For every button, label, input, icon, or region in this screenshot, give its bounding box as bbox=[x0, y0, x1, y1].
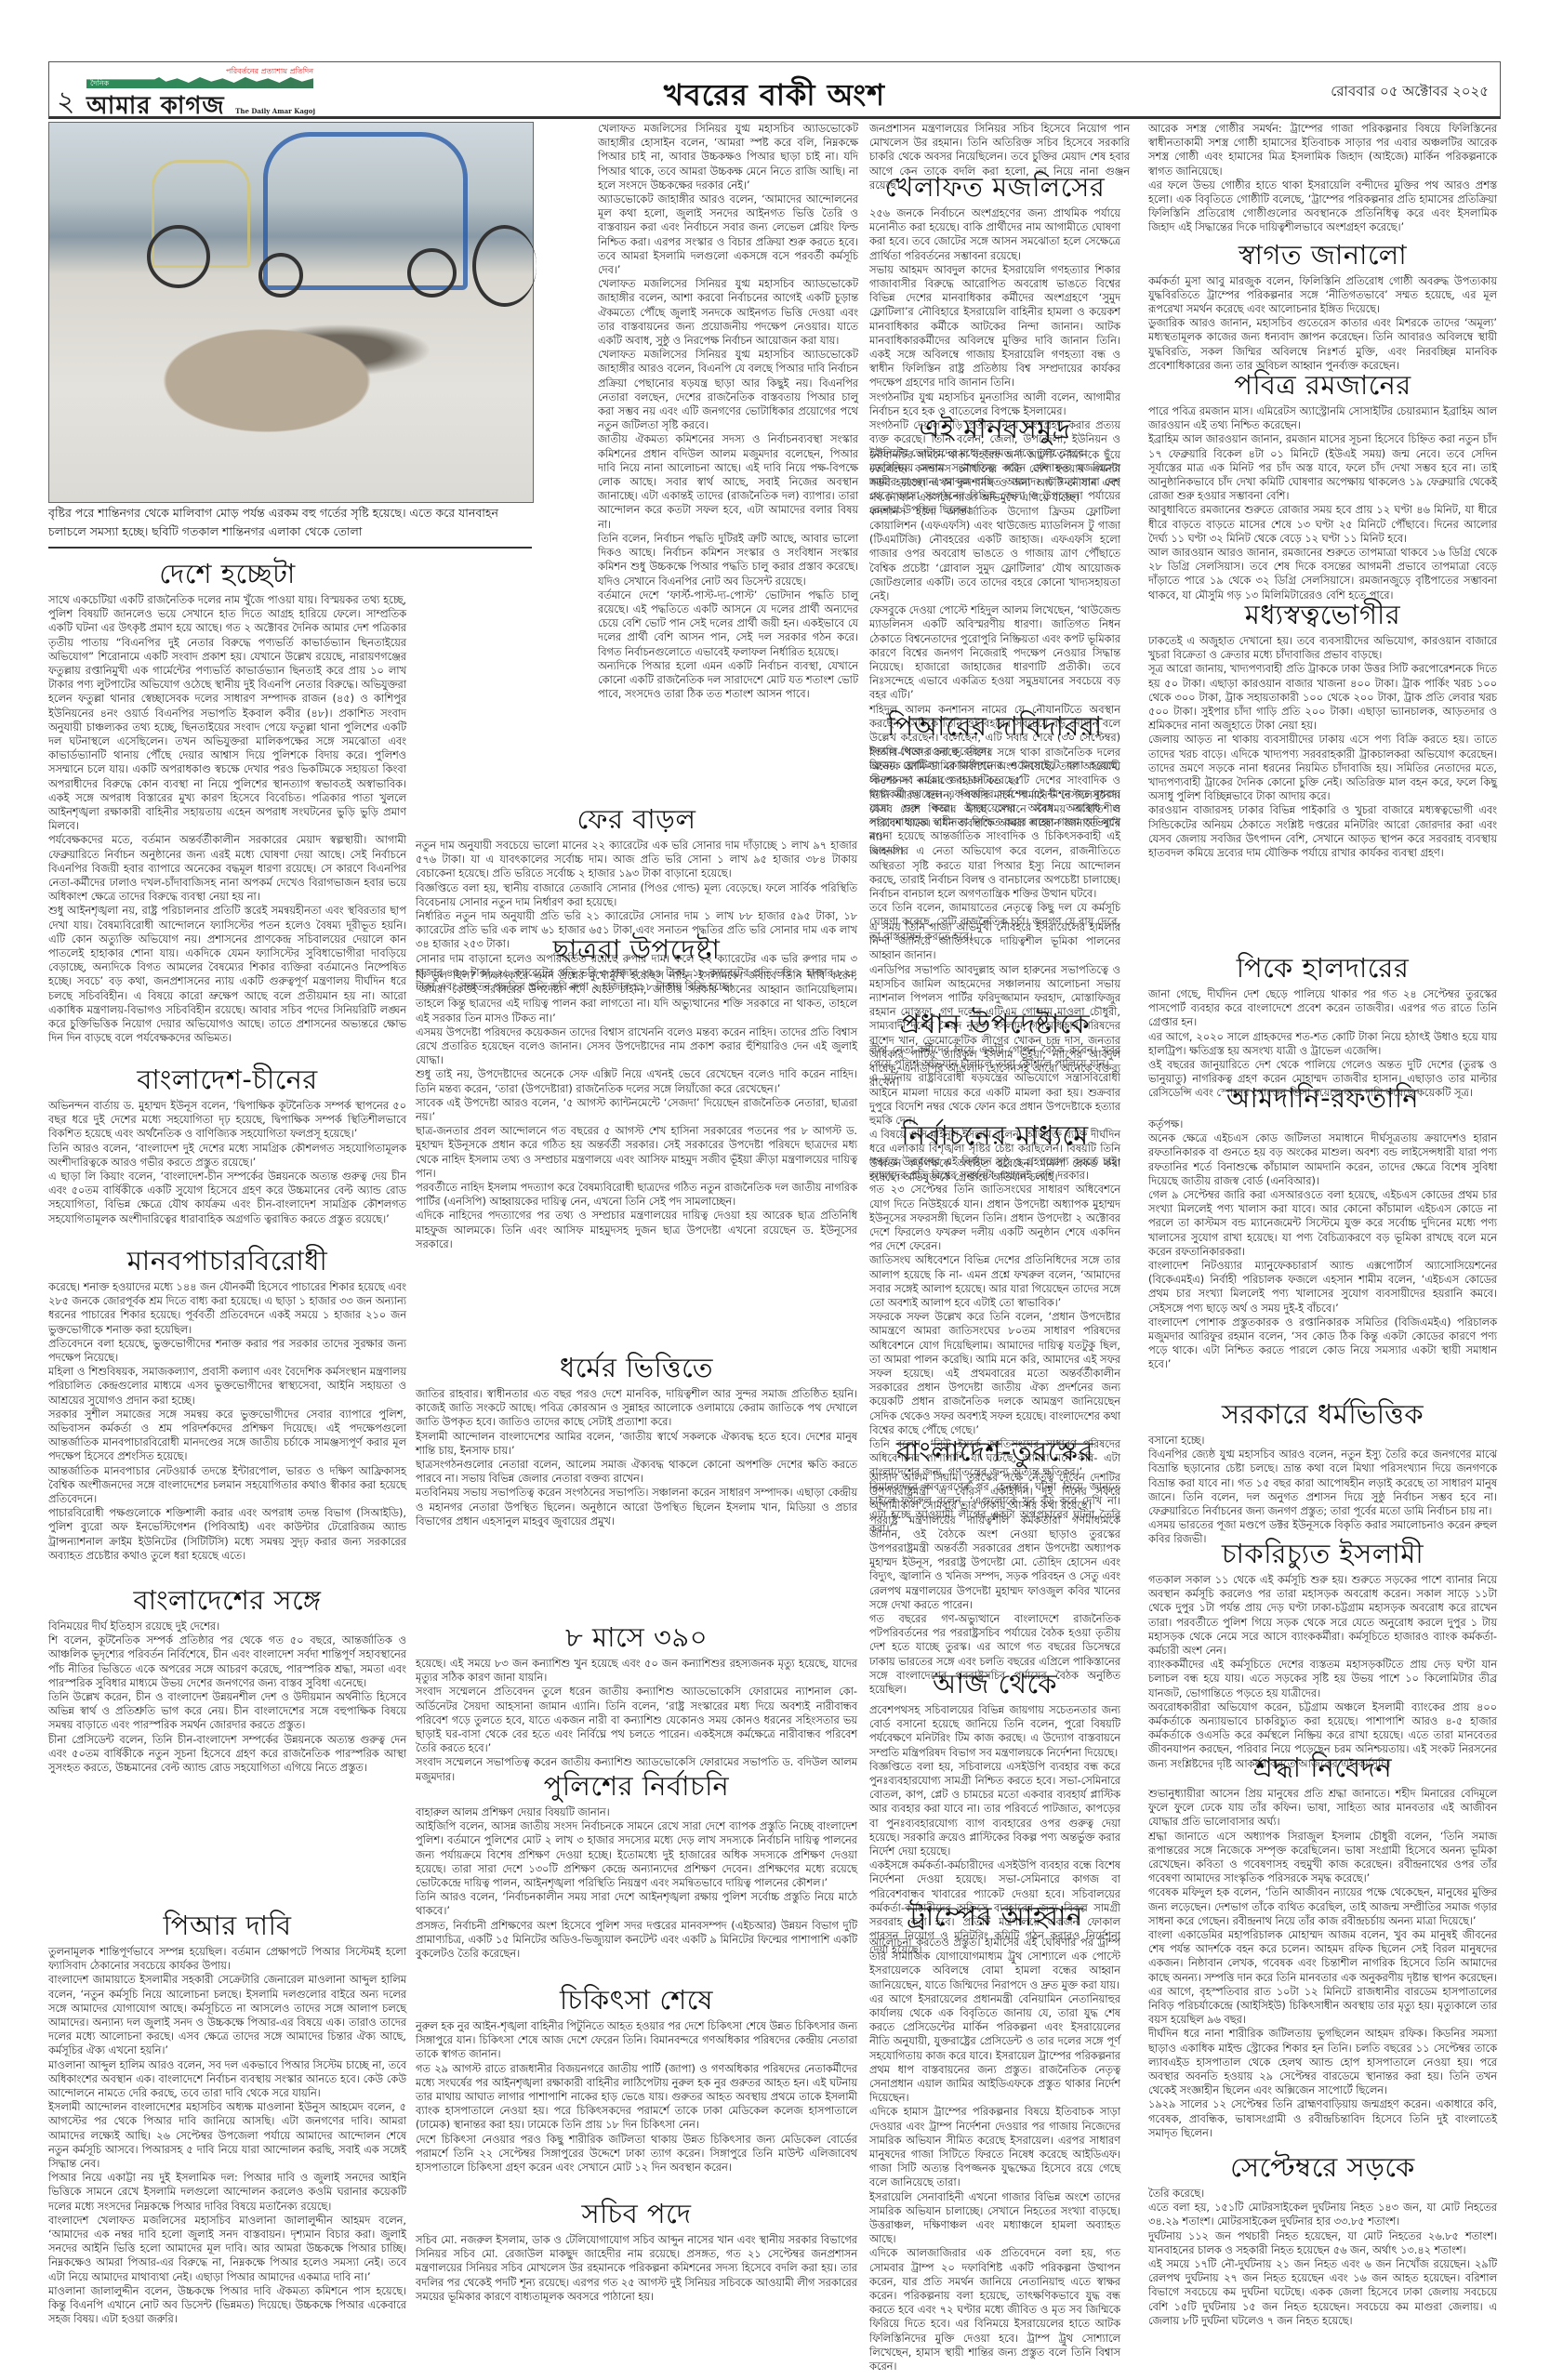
article-paragraph: ১৯২৯ সালের ১২ সেপ্টেম্বর তিনি ব্রাহ্মণবা… bbox=[1148, 2097, 1497, 2140]
article-paragraph: গণতন্ত্র উত্তরণের এই নির্বাচন সুষ্ঠু ও গ… bbox=[869, 1155, 1120, 1183]
article-paragraph: বর্তমানে দেশে ‘ফার্স্ট-পাস্ট-দ্য-পোস্ট’ … bbox=[598, 588, 858, 659]
article-heading[interactable]: বাংলাদেশ-তুরস্কের bbox=[869, 1434, 1120, 1469]
article-paragraph: খেলাফত মজলিসের সিনিয়র যুগ্ম মহাসচিব অ্য… bbox=[598, 277, 858, 348]
article-paragraph: দীর্ঘদিন ধরে নানা শারীরিক জটিলতায় ভুগছি… bbox=[1148, 2027, 1497, 2097]
article-paragraph: বিজ্ঞপ্তিতে বলা হয়, স্থানীয় বাজারে তেজ… bbox=[416, 881, 857, 909]
article-paragraph: বিজ্ঞপ্তিতে বলা হয়, সচিবালয়ে এসইউপি ব্… bbox=[869, 1760, 1120, 1858]
article-paragraph: প্রসঙ্গত, নির্বাচনী প্রশিক্ষণের অংশ হিসে… bbox=[416, 1919, 857, 1962]
article-amdani: আমদানি-রফতানিকর্তৃপক্ষ।অনেক ক্ষেত্রে এইচ… bbox=[1148, 1078, 1497, 1372]
article-paragraph: প্রতিবেদনে বলা হয়েছে, ভুক্তভোগীদের শনাক… bbox=[48, 1337, 406, 1365]
article-heading[interactable]: নির্বাচনের মাধ্যমে bbox=[869, 1117, 1120, 1153]
article-paragraph: জাতিসংঘ অধিবেশনে বিভিন্ন দেশের প্রতিনিধি… bbox=[869, 1253, 1120, 1310]
article-heading[interactable]: পিআরের দাবিদাররা bbox=[869, 708, 1120, 744]
article-paragraph: বাংলাদেশ জামায়াতে ইসলামীর সহকারী সেক্রে… bbox=[48, 1973, 406, 2057]
article-swagoto: আরেক সশস্ত্র গোষ্ঠীর সমর্থন: ট্রাম্পের গ… bbox=[1148, 122, 1497, 373]
news-photo[interactable] bbox=[48, 122, 534, 503]
article-paragraph: ঢাকতেই এ অজুহাত দেখানো হয়। তবে ব্যবসায়… bbox=[1148, 634, 1497, 662]
article-paragraph: জাতির রাহবার। স্বাধীনতার এত বছর পরও দেশে… bbox=[416, 1387, 857, 1430]
article-paragraph: ছাত্রসংগঠনগুলোর নেতারা বলেন, আলেম সমাজ ঐ… bbox=[416, 1458, 857, 1486]
article-paragraph: ছাত্র-জনতার প্রবল আন্দোলনে গত বছরের ৫ আগ… bbox=[416, 1124, 857, 1181]
article-paragraph: ডুজারিক আরও জানান, মহাসচিব গুতেরেস কাতার… bbox=[1148, 316, 1497, 373]
article-september: সেপ্টেম্বরে সড়কেতৈরি করেছে।এতে বলা হয়,… bbox=[1148, 2148, 1497, 2328]
article-romjan: পবিত্র রমজানেরপারে পবিত্র রমজান মাস। এমি… bbox=[1148, 365, 1497, 602]
article-paragraph: দুর্ঘটনায় ১১২ জন পথচারী নিহত হয়েছেন, য… bbox=[1148, 2229, 1497, 2257]
article-paragraph: ব্যাংককর্মীদের এই কর্মসূচিতে দেশের ব্যস্… bbox=[1148, 1658, 1497, 1700]
article-heading[interactable]: মানবপাচারবিরোধী bbox=[48, 1243, 406, 1278]
article-paragraph: করেছে। শনাক্ত হওয়াদের মধ্যে ১৪৪ জন যৌনক… bbox=[48, 1280, 406, 1337]
article-paragraph: বাহারুল আলম প্রশিক্ষণ দেয়ার বিষয়টি জান… bbox=[416, 1805, 857, 1819]
wheel-shape bbox=[407, 248, 457, 297]
article-paragraph: আসাদ আলম সিয়াম। তুরস্কের পক্ষে নেতৃত্ব … bbox=[869, 1471, 1120, 1514]
article-heading[interactable]: বাংলাদেশের সঙ্গে bbox=[48, 1582, 406, 1618]
article-heading[interactable]: চাকরিচ্যুত ইসলামী bbox=[1148, 1536, 1497, 1571]
article-paragraph: সরকার সুশীল সমাজের সঙ্গে সমন্বয় করে ভুক… bbox=[48, 1408, 406, 1464]
wheel-shape bbox=[147, 225, 210, 288]
article-paragraph: কি ভুল ছিল? সাক্ষাৎকারে এমন প্রশ্নের মুখ… bbox=[416, 969, 857, 1025]
article-paragraph: আইজিপি বলেন, আসন্ন জাতীয় সংসদ নির্বাচনক… bbox=[416, 1819, 857, 1890]
article-heading[interactable]: স্বাগত জানালো bbox=[1148, 237, 1497, 272]
article-paragraph: গত ২৩ সেপ্টেম্বর তিনি জাতিসংঘের সাধারণ অ… bbox=[869, 1183, 1120, 1253]
article-paragraph: সাবেক এই উপদেষ্টা আরও বলেন, ‘৫ আগস্ট ক্য… bbox=[416, 1096, 857, 1124]
article-paragraph: কর্তৃপক্ষ। bbox=[1148, 1117, 1497, 1131]
article-paragraph: লীগ নেতা-কর্মীদের নিয়ে একটি গোপন বৈঠক ক… bbox=[869, 1043, 1120, 1071]
article-paragraph: শি বলেন, কূটনৈতিক সম্পর্ক প্রতিষ্ঠার পর … bbox=[48, 1633, 406, 1690]
article-pr-dabidar: পিআরের দাবিদাররাপিআর-পিআর করছে, তাদের সঙ… bbox=[869, 707, 1120, 944]
article-manobpachar: মানবপাচারবিরোধীকরেছে। শনাক্ত হওয়াদের মধ… bbox=[48, 1241, 406, 1563]
article-heading[interactable]: দেশে হচ্ছেটা bbox=[48, 556, 406, 591]
article-police-election: পুলিশের নির্বাচনিবাহারুল আলম প্রশিক্ষণ দ… bbox=[416, 1766, 857, 1961]
article-heading[interactable]: পিআর দাবি bbox=[48, 1908, 406, 1943]
article-paragraph: তিনি আরও বলেন, ‘বাংলাদেশ দুই দেশের মধ্যে… bbox=[48, 1142, 406, 1170]
article-paragraph: অনেক ক্ষেত্রে এইচএস কোড জটিলতা সমাধানে দ… bbox=[1148, 1131, 1497, 1188]
article-paragraph: সাথে একচেটিয়া একটি রাজনৈতিক দলের নাম খু… bbox=[48, 593, 406, 833]
article-paragraph: শুভানুধ্যায়ীরা আসেন প্রিয় মানুষের প্রত… bbox=[1148, 1787, 1497, 1830]
article-paragraph: গবেষক মফিদুল হক বলেন, ‘তিনি আজীবন ন্যায়… bbox=[1148, 1885, 1497, 1928]
article-paragraph: প্রবেশপথসহ সচিবালয়ের বিভিন্ন জায়গায় স… bbox=[869, 1703, 1120, 1760]
article-eight-months: ৮ মাসে ৩৯০হয়েছে। এই সময়ে ৮৩ জন কন্যাশি… bbox=[416, 1618, 857, 1784]
photo-caption: বৃষ্টির পরে শান্তিনগর থেকে মালিবাগ মোড় … bbox=[48, 504, 532, 541]
article-paragraph: নৌযানটির সামনে থাকা বহরের অন্য আটটি নৌযা… bbox=[869, 448, 1120, 505]
article-paragraph: দেশে চিকিৎসা নেওয়ার পরও কিছু শারীরিক জট… bbox=[416, 2133, 857, 2175]
article-paragraph: খেলাফত মজলিসের সিনিয়র যুগ্ম মহাসচিব অ্য… bbox=[598, 122, 858, 192]
section-title: খবরের বাকী অংশ bbox=[49, 72, 1500, 122]
article-paragraph: হয়েছে। এই সময়ে ৮৩ জন কন্যাশিশু খুন হয়… bbox=[416, 1657, 857, 1685]
article-sorkare: সরকারে ধর্মভিত্তিকবসানো হচ্ছে।বিএনপির জ্… bbox=[1148, 1395, 1497, 1547]
article-paragraph: অভিনন্দন বার্তায় ড. মুহাম্মদ ইউনূস বলেন… bbox=[48, 1099, 406, 1142]
article-paragraph: গতকাল সকাল ১১ থেকে এই কর্মসূচি শুরু হয়।… bbox=[1148, 1573, 1497, 1658]
article-paragraph: বাংলাদেশ পোশাক প্রস্তুতকারক ও রপ্তানিকার… bbox=[1148, 1316, 1497, 1372]
article-bd-turkey: বাংলাদেশ-তুরস্কেরআসাদ আলম সিয়াম। তুরস্ক… bbox=[869, 1432, 1120, 1697]
article-heading[interactable]: ফের বাড়ল bbox=[416, 801, 857, 837]
article-paragraph: বাংলা একাডেমির মহাপরিচালক মোহাম্মদ আজম ব… bbox=[1148, 1928, 1497, 1985]
article-paragraph: পিআর নিয়ে একাট্টা নয় দুই ইসলামিক দল: প… bbox=[48, 2171, 406, 2214]
article-paragraph: গেল ৯ সেপ্টেম্বর জারি করা এসআরওতে বলা হয… bbox=[1148, 1188, 1497, 1259]
article-paragraph: পিআর-পিআর করছে, তাদের সঙ্গে থাকা রাজনৈতি… bbox=[869, 746, 1120, 788]
article-paragraph: জানা গেছে, দীর্ঘদিন দেশ ছেড়ে পালিয়ে থা… bbox=[1148, 987, 1497, 1030]
article-paragraph: চীনা প্রেসিডেন্ট বলেন, তিনি চীন-বাংলাদেশ… bbox=[48, 1733, 406, 1776]
article-paragraph: পরবর্তীতে নাহিদ ইসলাম পদত্যাগ করে বৈষম্য… bbox=[416, 1181, 857, 1209]
article-shroddha: শ্রদ্ধা নিবেদনশুভানুধ্যায়ীরা আসেন প্রিয… bbox=[1148, 1748, 1497, 2140]
article-paragraph: শুধু তাই নয়, উপদেষ্টাদের অনেকে সেফ এক্স… bbox=[416, 1067, 857, 1095]
article-heading[interactable]: চিকিৎসা শেষে bbox=[416, 1982, 857, 2017]
article-paragraph: এর আগে, ২০২০ সালে গ্রাহকদের শত-শত কোটি ট… bbox=[1148, 1030, 1497, 1058]
article-paragraph: এর আগে ইসরায়েলের প্রধানমন্ত্রী বেনিয়াম… bbox=[869, 1992, 1120, 2106]
article-paragraph: এর ফলে উভয় গোষ্ঠীর হাতে থাকা ইসরায়েলি … bbox=[1148, 178, 1497, 235]
article-heading[interactable]: প্রধান উপদেষ্টাকে bbox=[869, 1006, 1120, 1041]
article-paragraph: আলোচনা করতেও প্রস্তুত। হামাসের এই ঘোষণার… bbox=[869, 1936, 1120, 1992]
article-heading[interactable]: ট্রাম্পের আহ্বান bbox=[869, 1898, 1120, 1934]
article-paragraph: তিনি আরও বলেন, ‘নির্বাচনকালীন সময় সারা … bbox=[416, 1890, 857, 1918]
article-paragraph: জাতীয় ঐকমত্য কমিশনের সদস্য ও নির্বাচনব্… bbox=[598, 432, 858, 531]
article-paragraph: সংবাদ সম্মেলনে প্রতিবেদন তুলে ধরেন জাতীয… bbox=[416, 1685, 857, 1755]
article-paragraph: বাংলাদেশ নিটওয়্যার ম্যানুফেকচারার্স অ্য… bbox=[1148, 1259, 1497, 1316]
article-dhormer: ধর্মের ভিত্তিতেজাতির রাহবার। স্বাধীনতার … bbox=[416, 1348, 857, 1528]
article-heading[interactable]: পুলিশের নির্বাচনি bbox=[416, 1768, 857, 1804]
article-paragraph: আল জারওয়ান আরও জানান, রমজানের শুরুতে তা… bbox=[1148, 546, 1497, 602]
article-pr-dabi: পিআর দাবিতুলনামূলক শান্তিপূর্ণভাবে সম্পন… bbox=[48, 1906, 406, 2326]
article-paragraph: পারে পবিত্র রমজান মাস। এমিরেটস অ্যাস্ট্র… bbox=[1148, 404, 1497, 432]
article-paragraph: বসানো হচ্ছে। bbox=[1148, 1434, 1497, 1448]
wheel-shape bbox=[472, 225, 537, 307]
article-paragraph: বাংলাদেশ খেলাফত মজলিসের মহাসচিব মাওলানা … bbox=[48, 2214, 406, 2284]
article-paragraph: তিনি বলেন, নির্বাচন পদ্ধতি দুটিরই ত্রুটি… bbox=[598, 532, 858, 588]
article-paragraph: সচিব মো. নজরুল ইসলাম, ডাক ও টেলিযোগাযোগ … bbox=[416, 2233, 857, 2304]
article-paragraph: তুলনামূলক শান্তিপূর্ণভাবে সম্পন্ন হয়েছি… bbox=[48, 1945, 406, 1973]
article-paragraph: ফেসবুকে দেওয়া পোস্টে শহিদুল আলম লিখেছেন… bbox=[869, 603, 1120, 702]
article-paragraph: ইব্রাহিম আল জারওয়ান জানান, রমজান মাসের … bbox=[1148, 432, 1497, 503]
divider bbox=[48, 547, 532, 549]
article-paragraph: শুধু আইনশৃঙ্খলা নয়, রাষ্ট্র পরিচালনার প… bbox=[48, 904, 406, 1045]
article-paragraph: সফরকে সফল উল্লেখ করে তিনি বলেন, ‘প্রধান … bbox=[869, 1310, 1120, 1437]
article-paragraph: এ ছাড়া লি কিয়াং বলেন, ‘বাংলাদেশ-চীন সম… bbox=[48, 1170, 406, 1226]
article-heading[interactable]: ধর্মের ভিত্তিতে bbox=[416, 1350, 857, 1385]
article-paragraph: আবুধাবিতে রমজানের শুরুতে রোজার সময় হবে … bbox=[1148, 503, 1497, 546]
article-paragraph: কর্মকর্তা মুসা আবু মারজুক বলেন, ফিলিস্তি… bbox=[1148, 274, 1497, 317]
article-paragraph: কারওয়ান বাজারসহ ঢাকার বিভিন্ন পাইকারি ও… bbox=[1148, 803, 1497, 860]
article-paragraph: শ্রদ্ধা জানাতে এসে অধ্যাপক সিরাজুল ইসলাম… bbox=[1148, 1830, 1497, 1886]
article-heading[interactable]: এই মানবসমুদ্র bbox=[869, 411, 1120, 446]
article-paragraph: অন্যদিকে পিআর হলো এমন একটি নির্বাচন ব্যব… bbox=[598, 659, 858, 702]
article-paragraph: ইসরায়েলি সেনাবাহিনী এখনো গাজার বিভিন্ন … bbox=[869, 2190, 1120, 2247]
article-sochib: সচিব পদেসচিব মো. নজরুল ইসলাম, ডাক ও টেলি… bbox=[416, 2194, 857, 2304]
article-paragraph: মতবিনিময় সভায় সভাপতিত্ব করেন সংগঠনের স… bbox=[416, 1486, 857, 1528]
article-heading[interactable]: সচিব পদে bbox=[416, 2196, 857, 2231]
article-heading[interactable]: খেলাফত মজলিসের bbox=[869, 169, 1120, 205]
article-trump-ahban: ট্রাম্পের আহ্বানআলোচনা করতেও প্রস্তুত। হ… bbox=[869, 1897, 1120, 2373]
article-paragraph: এদিকে নাহিদের পদত্যাগের পর তথ্য ও সম্প্র… bbox=[416, 1209, 857, 1251]
article-paragraph: এর আগে, বৃহস্পতিবার রাত ১০টা ১২ মিনিটে র… bbox=[1148, 1985, 1497, 2028]
article-paragraph: বিএনপির এ নেতা অভিযোগ করে বলেন, রাজনীতিত… bbox=[869, 844, 1120, 901]
masthead: ২ পরিবর্তনের প্রত্যাশায় প্রতিদিন দৈনিক … bbox=[48, 61, 1501, 119]
article-khelafat-top: খেলাফত মজলিসের সিনিয়র যুগ্ম মহাসচিব অ্য… bbox=[598, 122, 858, 701]
article-paragraph: নুরুল হক নুর আইন-শৃঙ্খলা বাহিনীর পিটুনিত… bbox=[416, 2019, 857, 2062]
article-paragraph: পর্যবেক্ষকদের মতে, বর্তমান অন্তর্বর্তীকা… bbox=[48, 833, 406, 904]
article-paragraph: এদিকে হামাস ট্রাম্পের পরিকল্পনার বিষয়ে … bbox=[869, 2105, 1120, 2189]
article-heading[interactable]: বাংলাদেশ-চীনের bbox=[48, 1062, 406, 1097]
article-paragraph: এ সময় তিনি গাজা অভিমুখী নৌবহরে ইসরায়েল… bbox=[869, 920, 1120, 963]
article-chakrichyuto: চাকরিচ্যুত ইসলামীগতকাল সকাল ১১ থেকে এই ক… bbox=[1148, 1534, 1497, 1771]
article-paragraph: ইসলামী আন্দোলন বাংলাদেশের আমির বলেন, ‘জা… bbox=[416, 1430, 857, 1458]
article-heading[interactable]: ৮ মাসে ৩৯০ bbox=[416, 1620, 857, 1655]
article-paragraph: নতুন দাম অনুযায়ী সবচেয়ে ভালো মানের ২২ … bbox=[416, 839, 857, 881]
article-heading[interactable]: আজ থেকে bbox=[869, 1666, 1120, 1701]
article-paragraph: পাচারবিরোধী পক্ষগুলোকে শক্তিশালী করার এব… bbox=[48, 1506, 406, 1563]
article-heading[interactable]: সেপ্টেম্বরে সড়কে bbox=[1148, 2149, 1497, 2185]
article-heading[interactable]: শ্রদ্ধা নিবেদন bbox=[1148, 1750, 1497, 1785]
article-paragraph: গত ২৯ আগস্ট রাতে রাজধানীর বিজয়নগরে জাতী… bbox=[416, 2062, 857, 2133]
article-paragraph: সভায় আহমদ আবদুল কাদের ইসরায়েলি গণহত্যা… bbox=[869, 263, 1120, 390]
article-heading[interactable]: পিকে হালদারের bbox=[1148, 950, 1497, 985]
article-paragraph: জেলায় আড়ত না থাকায় ব্যবসায়ীদের ঢাকায… bbox=[1148, 733, 1497, 803]
article-paragraph: বিনিময়ের দীর্ঘ ইতিহাস রয়েছে দুই দেশের। bbox=[48, 1620, 406, 1633]
article-paragraph: আরেক সশস্ত্র গোষ্ঠীর সমর্থন: ট্রাম্পের গ… bbox=[1148, 122, 1497, 178]
article-paragraph: তিনি আরও বলেন, ‘পিআর মানে পার্মানেন্ট রে… bbox=[869, 788, 1120, 845]
article-paragraph: আন্তর্জাতিক মানবপাচার নেটওয়ার্ক তদন্তে … bbox=[48, 1464, 406, 1507]
article-paragraph: মাওলানা আব্দুল হালিম আরও বলেন, সব দল একভ… bbox=[48, 2058, 406, 2101]
article-paragraph: এসময় উপদেষ্টা পরিষদের কয়েকজন তাদের বিশ… bbox=[416, 1025, 857, 1068]
article-heading[interactable]: পবিত্র রমজানের bbox=[1148, 367, 1497, 403]
wheel-shape bbox=[258, 253, 303, 297]
article-chikitsha: চিকিৎসা শেষেনুরুল হক নুর আইন-শৃঙ্খলা বাহ… bbox=[416, 1980, 857, 2175]
article-chatrora: ছাত্ররা উপদেষ্টাকি ভুল ছিল? সাক্ষাৎকারে … bbox=[416, 930, 857, 1251]
article-paragraph: এই সময়ে ১৭টি নৌ-দুর্ঘটনায় ২১ জন নিহত এ… bbox=[1148, 2257, 1497, 2328]
article-paragraph: খেলাফত মজলিসের সিনিয়র যুগ্ম মহাসচিব অ্য… bbox=[598, 348, 858, 432]
article-paragraph: মাওলানা জালালুদ্দীন বলেন, উচ্চকক্ষে পিআর… bbox=[48, 2284, 406, 2327]
article-heading[interactable]: মধ্যস্বত্বভোগীর bbox=[1148, 597, 1497, 632]
article-heading[interactable]: সরকারে ধর্মভিত্তিক bbox=[1148, 1396, 1497, 1432]
article-paragraph: বিএনপির জ্যেষ্ঠ যুগ্ম মহাসচিব আরও বলেন, … bbox=[1148, 1448, 1497, 1518]
article-heading[interactable]: আমদানি-রফতানি bbox=[1148, 1080, 1497, 1116]
article-paragraph: সূত্র আরো জানায়, খাদ্যপণ্যবাহী প্রতি ট্… bbox=[1148, 662, 1497, 733]
article-paragraph: ইসলামী আন্দোলন বাংলাদেশের মহাসচিব অধ্যক্… bbox=[48, 2100, 406, 2171]
article-paragraph: মহিলা ও শিশুবিষয়ক, সমাজকল্যাণ, প্রবাসী … bbox=[48, 1365, 406, 1408]
article-bd-china: বাংলাদেশ-চীনেরঅভিনন্দন বার্তায় ড. মুহাম… bbox=[48, 1060, 406, 1226]
article-paragraph: অ্যাডভোকেট জাহাঙ্গীর আরও বলেন, ‘আমাদের আ… bbox=[598, 192, 858, 277]
article-bd-songe: বাংলাদেশের সঙ্গেবিনিময়ের দীর্ঘ ইতিহাস র… bbox=[48, 1580, 406, 1775]
article-paragraph: ২৫৬ জনকে নির্বাচনে অংশগ্রহণের জন্য প্রাথ… bbox=[869, 206, 1120, 263]
article-heading[interactable]: ছাত্ররা উপদেষ্টা bbox=[416, 932, 857, 967]
article-paragraph: এদিকে আলজাজিরার এক প্রতিবেদনে বলা হয়, গ… bbox=[869, 2246, 1120, 2373]
article-paragraph: তৈরি করেছে। bbox=[1148, 2187, 1497, 2201]
article-moddhoswotto: মধ্যস্বত্বভোগীরঢাকতেই এ অজুহাত দেখানো হয… bbox=[1148, 595, 1497, 860]
article-paragraph: কনশানস হলো আন্তর্জাতিক উদ্যোগ ফ্রিডম ফ্ল… bbox=[869, 505, 1120, 603]
article-paragraph: পররাষ্ট্র মন্ত্রণালয়ের দায়িত্বশীল কর্ম… bbox=[869, 1514, 1120, 1612]
article-paragraph: তিনি উল্লেখ করেন, চীন ও বাংলাদেশ উন্নয়ন… bbox=[48, 1690, 406, 1733]
article-paragraph: এতে বলা হয়, ১৫১টি মোটরসাইকেল দুর্ঘটনায়… bbox=[1148, 2201, 1497, 2228]
publication-date: রোববার ০৫ অক্টোবর ২০২৫ bbox=[1331, 81, 1489, 104]
article-deshe-hochheta: দেশে হচ্ছেটাসাথে একচেটিয়া একটি রাজনৈতিক… bbox=[48, 554, 406, 1046]
